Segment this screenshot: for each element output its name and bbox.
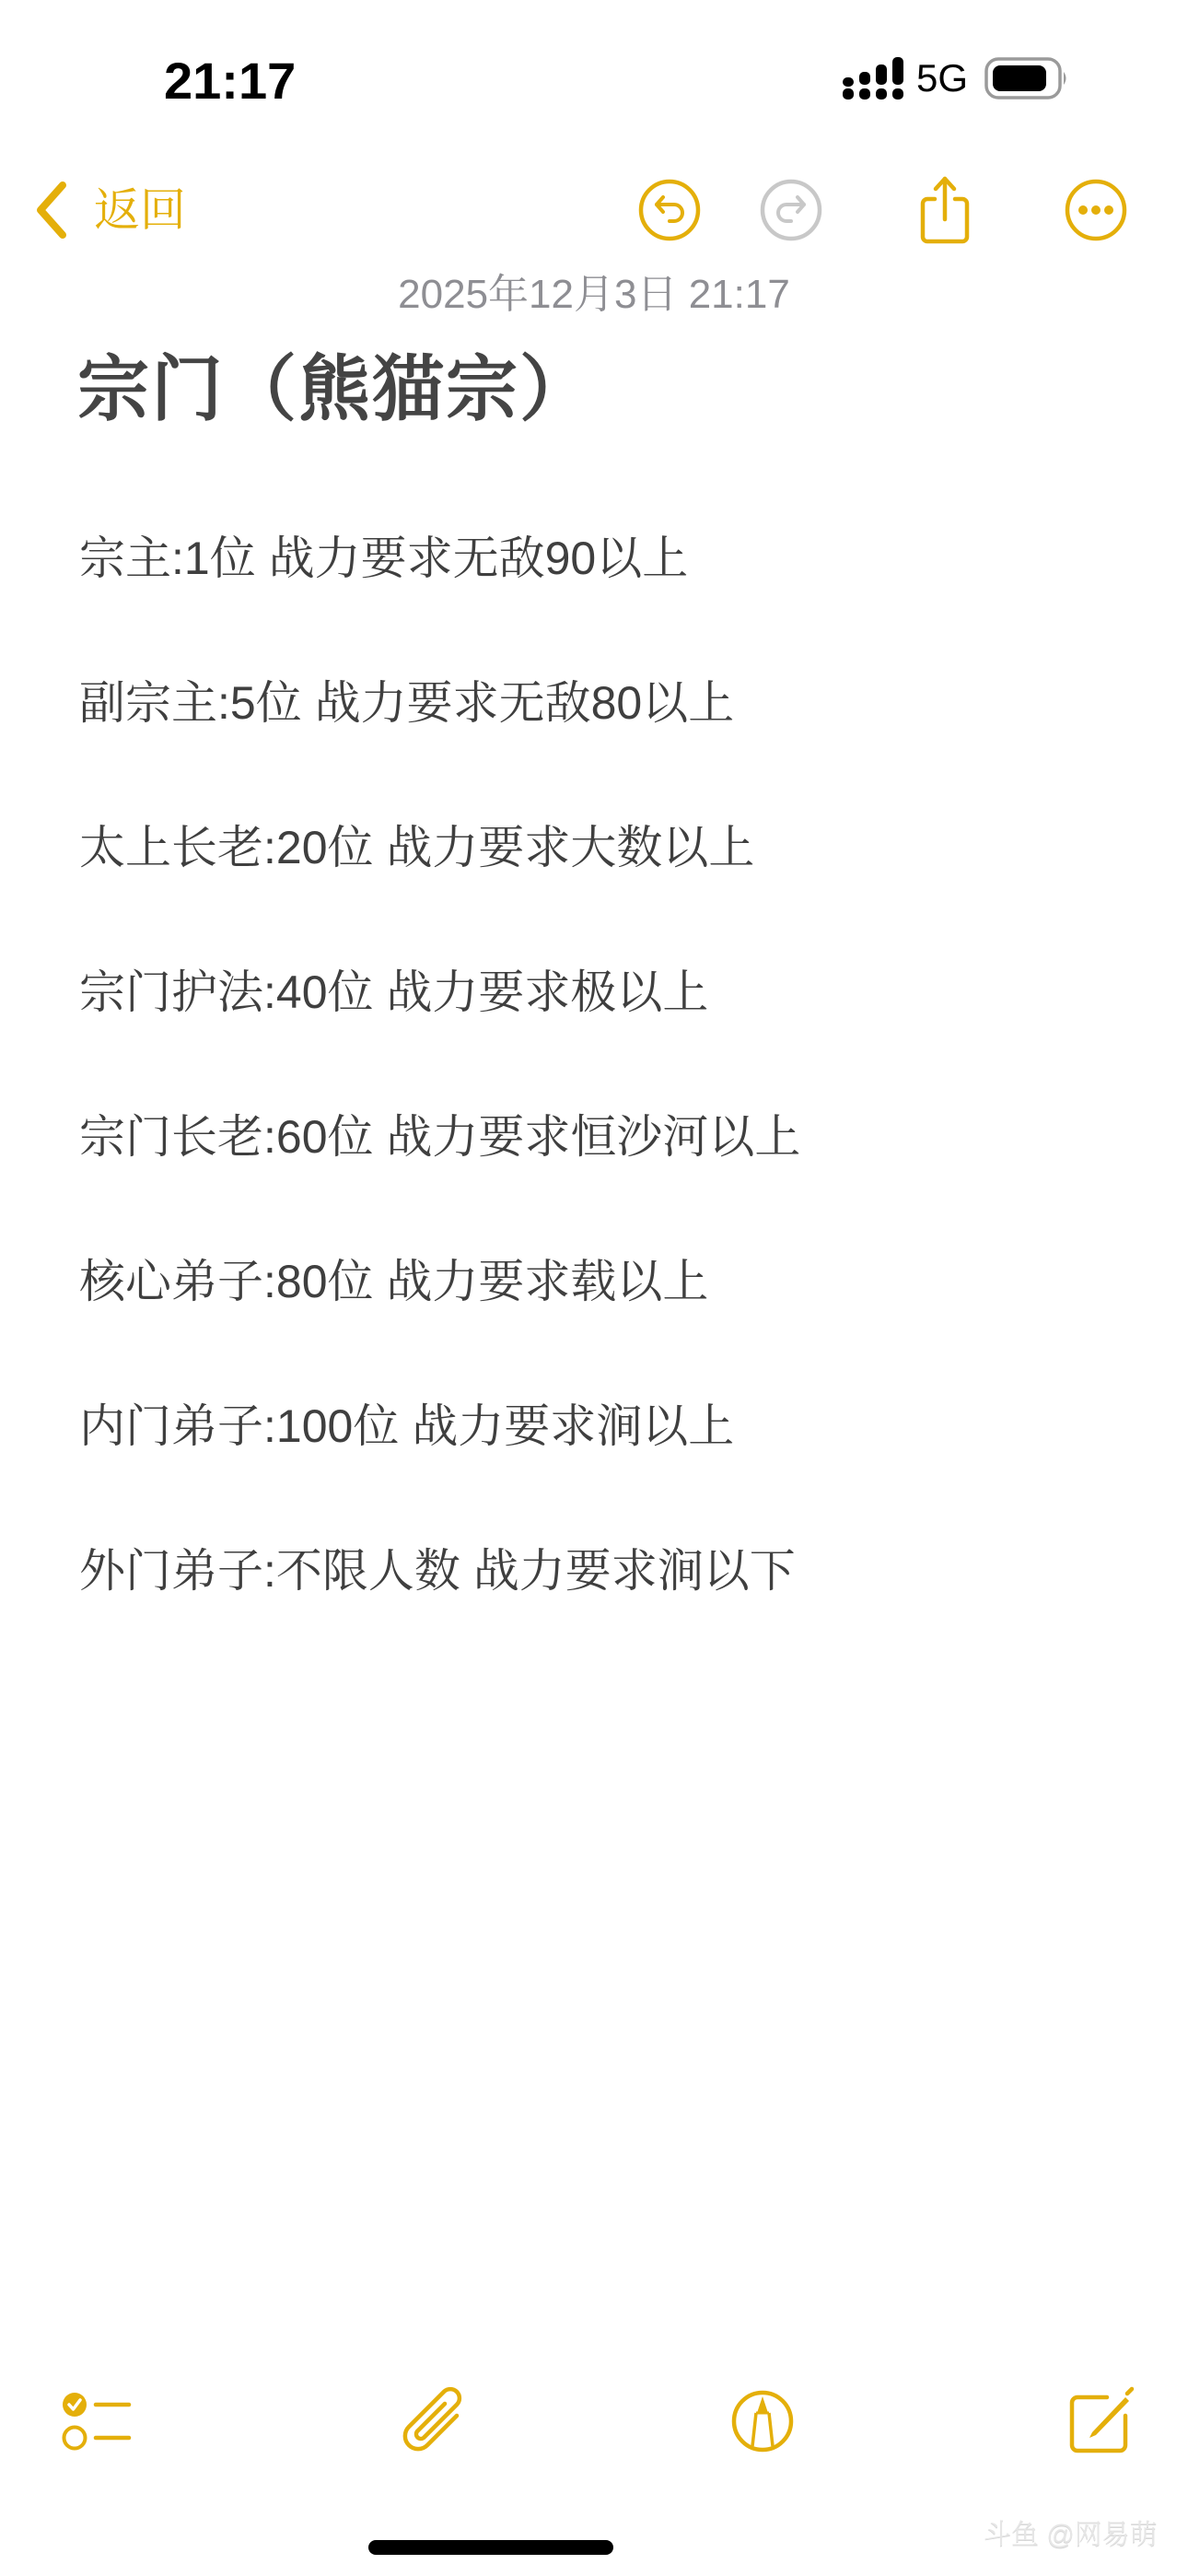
network-type: 5G [916, 55, 968, 101]
more-icon [1061, 175, 1131, 245]
back-button[interactable]: 返回 [33, 175, 186, 245]
attachment-button[interactable] [396, 2384, 470, 2458]
note-date: 2025年12月3日 21:17 [0, 269, 1188, 321]
markup-button[interactable] [726, 2384, 799, 2458]
note-line[interactable]: 副宗主:5位 战力要求无敌80以上 [79, 675, 800, 731]
undo-icon [635, 175, 705, 245]
redo-icon [756, 175, 826, 245]
home-indicator[interactable] [368, 2540, 613, 2555]
share-button[interactable] [910, 175, 980, 245]
notes-screen: 21:17 5G 返回 [0, 0, 1188, 2576]
note-line[interactable]: 宗门长老:60位 战力要求恒沙河以上 [79, 1109, 800, 1165]
back-label: 返回 [94, 182, 186, 238]
watermark: 斗鱼 @网易萌 [984, 2517, 1158, 2554]
note-line[interactable]: 宗门护法:40位 战力要求极以上 [79, 965, 800, 1020]
cellular-signal-icon [843, 57, 903, 100]
share-icon [910, 175, 980, 245]
note-line[interactable]: 内门弟子:100位 战力要求涧以上 [79, 1399, 800, 1454]
note-line[interactable]: 外门弟子:不限人数 战力要求涧以下 [79, 1543, 800, 1598]
status-indicators: 5G [843, 55, 1069, 101]
chevron-left-icon [33, 180, 70, 240]
battery-icon [984, 57, 1069, 100]
note-line[interactable]: 太上长老:20位 战力要求大数以上 [79, 820, 800, 875]
compose-button[interactable] [1061, 2384, 1135, 2458]
attachment-icon [396, 2384, 470, 2458]
note-line[interactable]: 核心弟子:80位 战力要求载以上 [79, 1254, 800, 1309]
compose-icon [1061, 2384, 1135, 2458]
more-button[interactable] [1061, 175, 1131, 245]
note-line[interactable]: 宗主:1位 战力要求无敌90以上 [79, 531, 800, 586]
checklist-button[interactable] [59, 2384, 133, 2458]
markup-icon [726, 2384, 799, 2458]
undo-button[interactable] [635, 175, 705, 245]
checklist-icon [59, 2384, 133, 2458]
note-title[interactable]: 宗门（熊猫宗） [77, 343, 593, 435]
status-time: 21:17 [164, 52, 296, 111]
note-body[interactable]: 宗主:1位 战力要求无敌90以上 副宗主:5位 战力要求无敌80以上 太上长老:… [79, 531, 800, 1688]
redo-button[interactable] [756, 175, 826, 245]
